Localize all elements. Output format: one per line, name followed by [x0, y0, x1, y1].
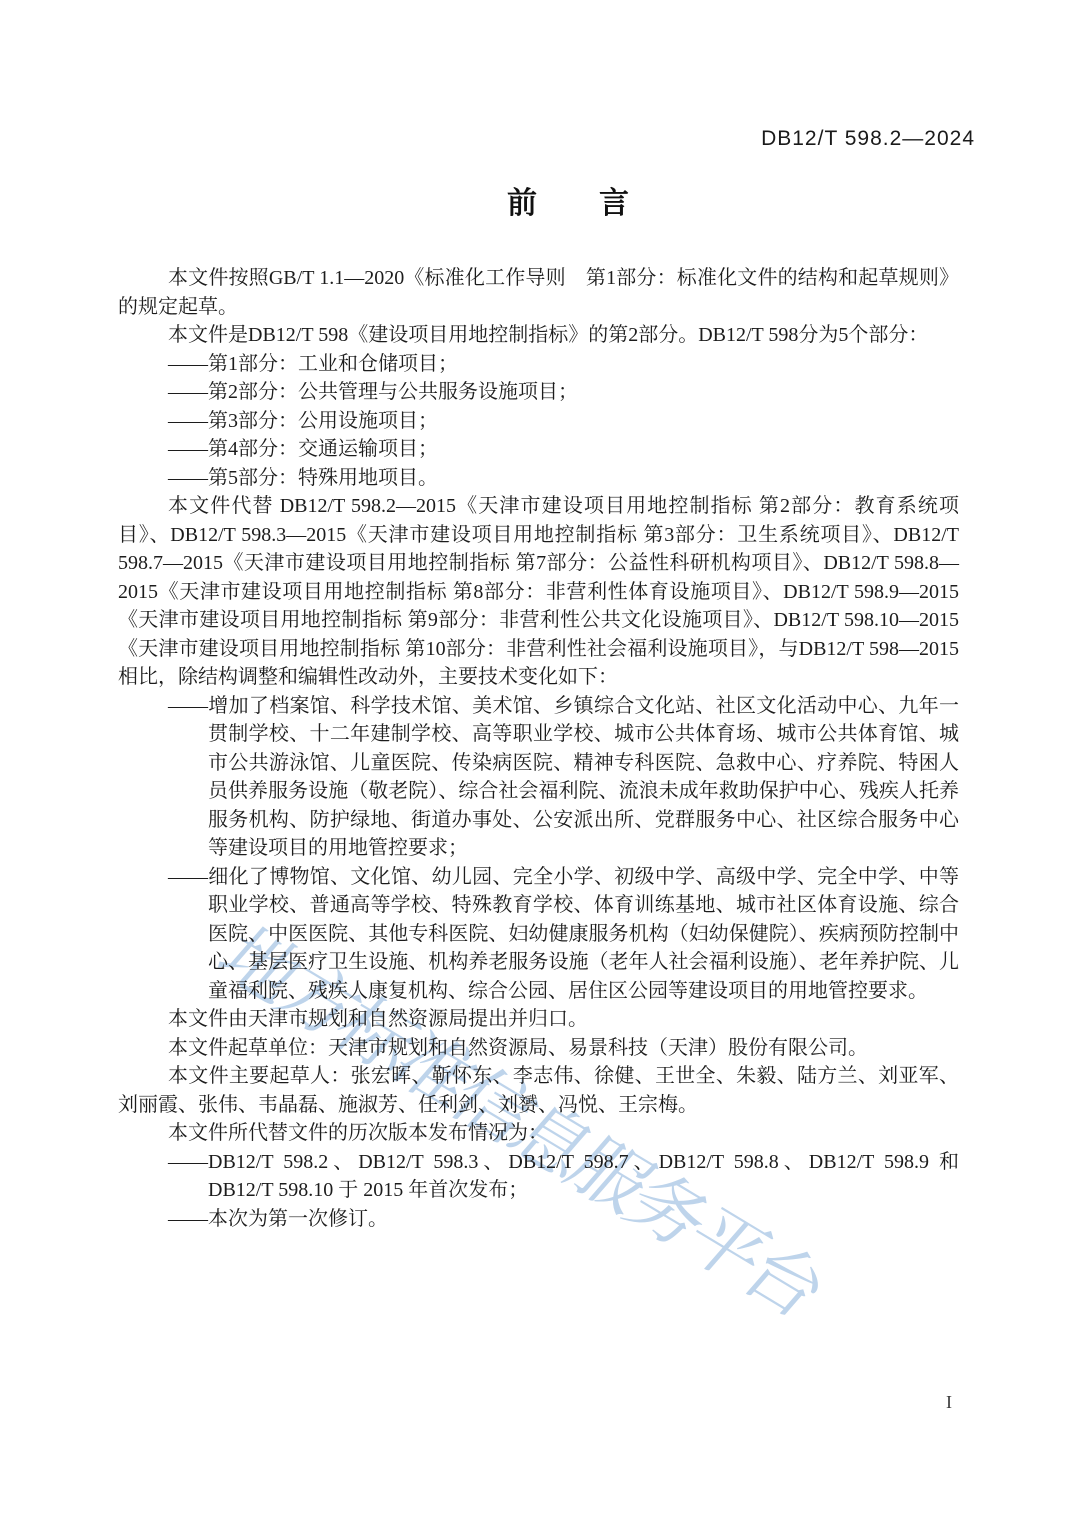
document-page: 地方标准信息服务平台 DB12/T 598.2—2024 前言 本文件按照GB/… [0, 0, 1074, 1520]
dash-list-item: ——第5部分：特殊用地项目。 [118, 464, 959, 493]
dash-list-item: ——本次为第一次修订。 [118, 1205, 959, 1234]
dash-list-item: ——第1部分：工业和仓储项目； [118, 350, 959, 379]
dash-list-item: ——细化了博物馆、文化馆、幼儿园、完全小学、初级中学、高级中学、完全中学、中等职… [118, 863, 959, 1006]
page-number: I [946, 1392, 952, 1413]
dash-list-item: ——第3部分：公用设施项目； [118, 407, 959, 436]
paragraph: 本文件主要起草人：张宏晖、靳怀东、李志伟、徐健、王世全、朱毅、陆方兰、刘亚军、刘… [118, 1062, 959, 1119]
standard-number: DB12/T 598.2—2024 [761, 127, 975, 151]
page-title: 前言 [62, 178, 1074, 222]
paragraph: 本文件由天津市规划和自然资源局提出并归口。 [118, 1005, 959, 1034]
dash-list-item: ——第4部分：交通运输项目； [118, 435, 959, 464]
paragraph: 本文件代替 DB12/T 598.2—2015《天津市建设项目用地控制指标 第2… [118, 492, 959, 692]
paragraph: 本文件起草单位：天津市规划和自然资源局、易景科技（天津）股份有限公司。 [118, 1034, 959, 1063]
body-blocks: 本文件按照GB/T 1.1—2020《标准化工作导则 第1部分：标准化文件的结构… [118, 264, 959, 1233]
paragraph: 本文件是DB12/T 598《建设项目用地控制指标》的第2部分。DB12/T 5… [118, 321, 959, 350]
dash-list-item: ——增加了档案馆、科学技术馆、美术馆、乡镇综合文化站、社区文化活动中心、九年一贯… [118, 692, 959, 863]
dash-list-item: ——DB12/T 598.2、DB12/T 598.3、DB12/T 598.7… [118, 1148, 959, 1205]
dash-list-item: ——第2部分：公共管理与公共服务设施项目； [118, 378, 959, 407]
paragraph: 本文件按照GB/T 1.1—2020《标准化工作导则 第1部分：标准化文件的结构… [118, 264, 959, 321]
paragraph: 本文件所代替文件的历次版本发布情况为： [118, 1119, 959, 1148]
